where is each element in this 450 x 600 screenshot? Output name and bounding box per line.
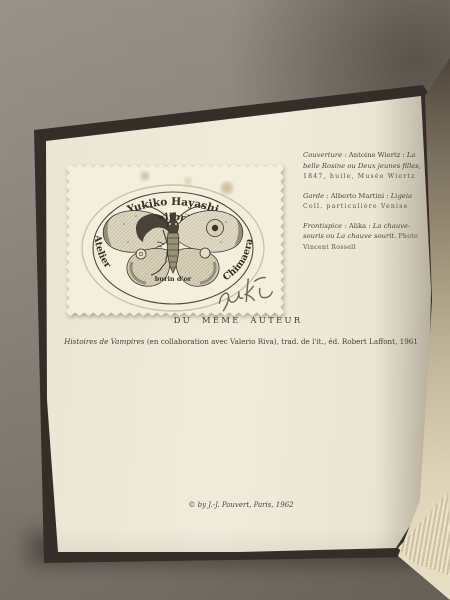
illustration-credits: Couverture : Antoine Wiertz : La belle R… bbox=[303, 150, 431, 262]
earring-right bbox=[200, 248, 210, 258]
same-author-work: Histoires de Vampires (en collaboration … bbox=[46, 337, 436, 346]
credit-title: Ligeia bbox=[391, 192, 412, 200]
credit-garde: Garde : Alberto Martini : Ligeia Coll. p… bbox=[303, 191, 431, 212]
engraver-word: burin d'or bbox=[155, 275, 192, 283]
copyright-line: © by J.-J. Pauvert, Paris, 1962 bbox=[46, 501, 436, 509]
credit-detail: Coll. particulière Venise bbox=[303, 202, 431, 212]
bookplate-wrap: Yukiko Hayashi Exlibris Atelier Chimaera bbox=[66, 164, 284, 316]
credit-artist: Alika : bbox=[349, 222, 371, 230]
same-author-heading: DU MÊME AUTEUR bbox=[46, 316, 430, 326]
work-detail: (en collaboration avec Valerio Riva), tr… bbox=[147, 337, 418, 346]
bookplate: Yukiko Hayashi Exlibris Atelier Chimaera bbox=[66, 164, 284, 316]
credit-frontispice: Frontispice : Alika : La chauve-souris o… bbox=[303, 221, 431, 253]
signature-yuki bbox=[217, 276, 274, 311]
credit-label: Frontispice : bbox=[303, 222, 347, 230]
credit-artist: Alberto Martini : bbox=[331, 192, 389, 200]
exlibris-artwork: Yukiko Hayashi Exlibris Atelier Chimaera bbox=[66, 164, 284, 316]
earring-left bbox=[136, 249, 146, 259]
work-title: Histoires de Vampires bbox=[64, 337, 144, 346]
credit-artist: Antoine Wiertz : bbox=[349, 151, 405, 159]
photo-of-open-book: Yukiko Hayashi Exlibris Atelier Chimaera bbox=[0, 0, 450, 600]
credit-label: Couverture : bbox=[303, 151, 347, 159]
credit-couverture: Couverture : Antoine Wiertz : La belle R… bbox=[303, 150, 431, 182]
credit-label: Garde : bbox=[303, 192, 329, 200]
paper-stains bbox=[141, 172, 234, 195]
credit-detail: 1847, huile, Musée Wiertz bbox=[303, 172, 431, 182]
